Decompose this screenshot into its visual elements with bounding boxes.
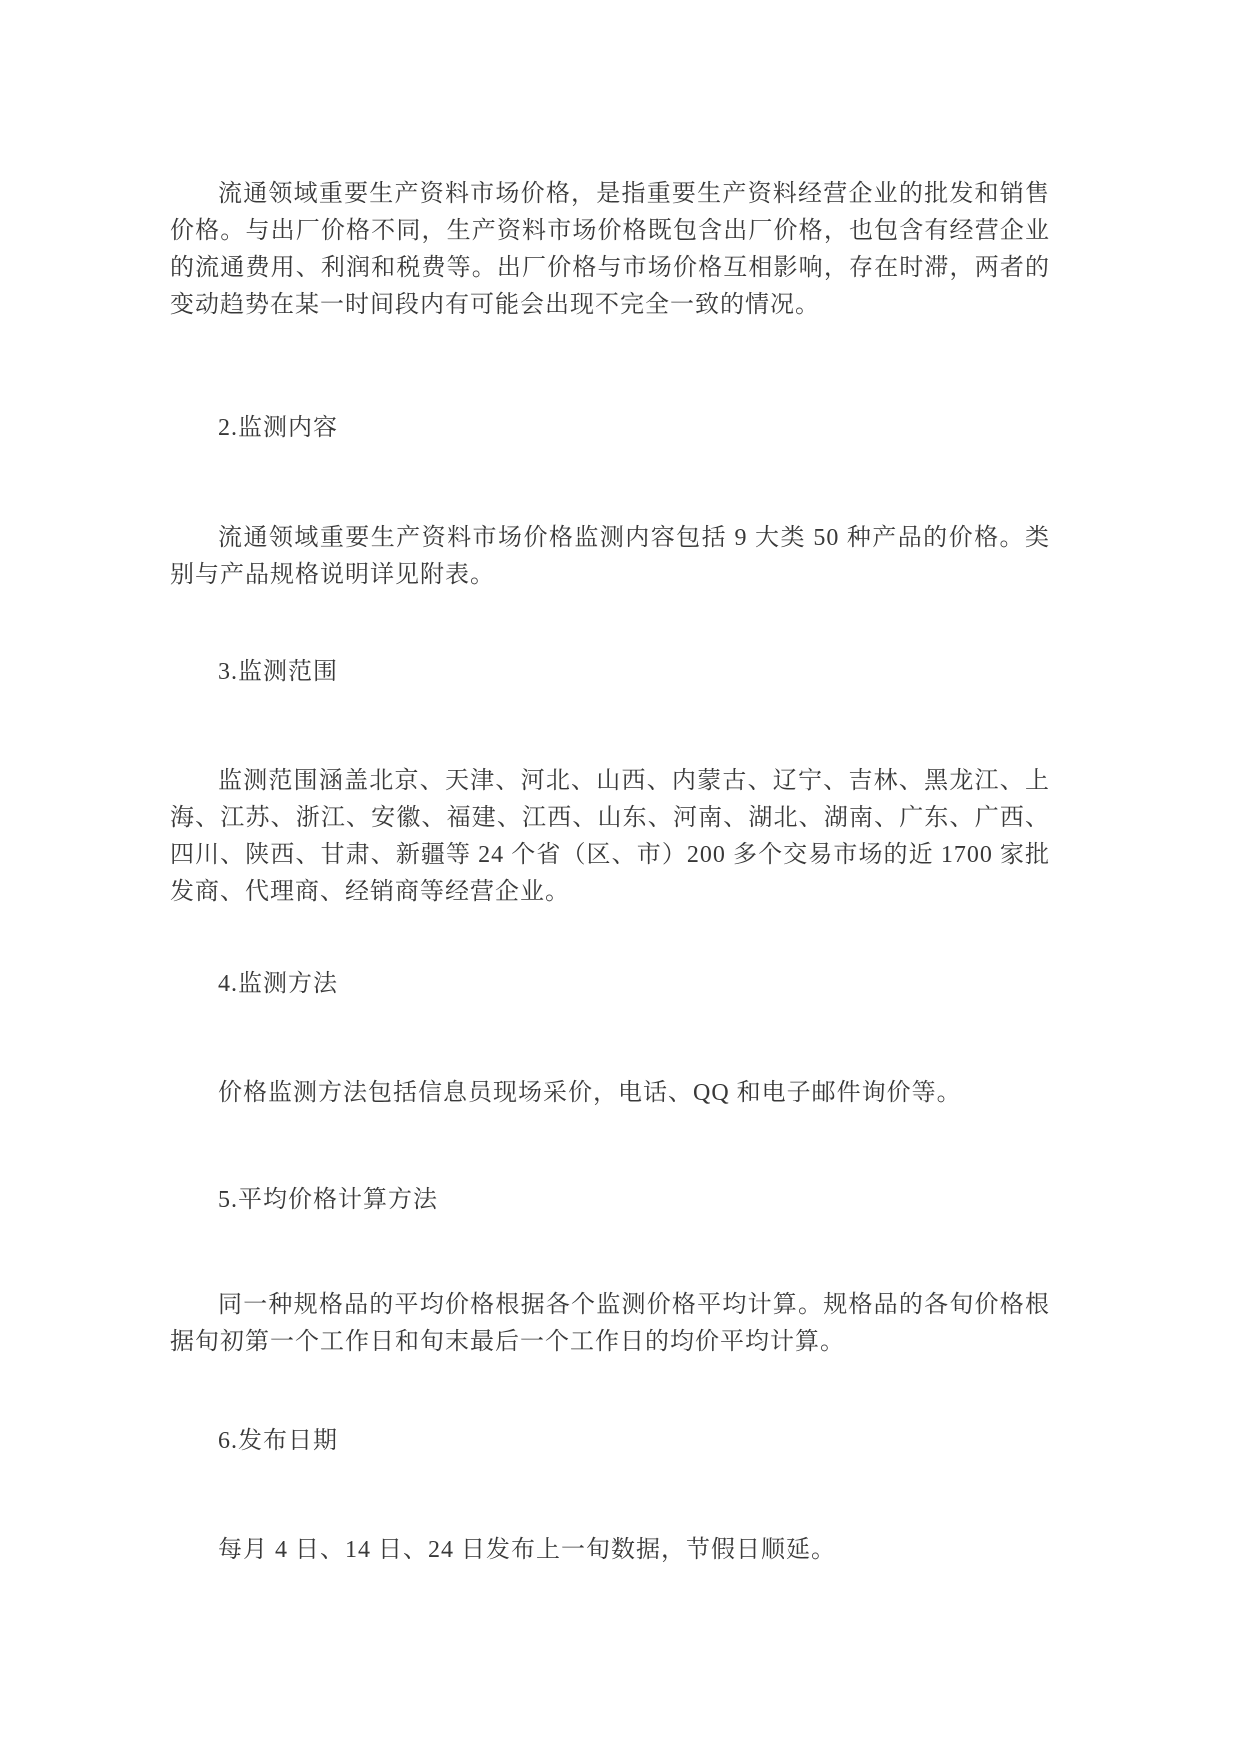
section-heading: 4.监测方法: [170, 966, 1050, 1003]
body-paragraph: 价格监测方法包括信息员现场采价，电话、QQ 和电子邮件询价等。: [170, 1075, 1050, 1112]
document-body: 流通领域重要生产资料市场价格，是指重要生产资料经营企业的批发和销售价格。与出厂价…: [170, 176, 1050, 1569]
document-page: 流通领域重要生产资料市场价格，是指重要生产资料经营企业的批发和销售价格。与出厂价…: [0, 0, 1241, 1754]
section-heading: 5.平均价格计算方法: [170, 1182, 1050, 1219]
section-heading: 6.发布日期: [170, 1423, 1050, 1460]
section-heading: 3.监测范围: [170, 654, 1050, 691]
section-heading: 2.监测内容: [170, 410, 1050, 447]
body-paragraph: 流通领域重要生产资料市场价格监测内容包括 9 大类 50 种产品的价格。类别与产…: [170, 520, 1050, 594]
body-paragraph: 每月 4 日、14 日、24 日发布上一旬数据，节假日顺延。: [170, 1532, 1050, 1569]
body-paragraph: 同一种规格品的平均价格根据各个监测价格平均计算。规格品的各旬价格根据旬初第一个工…: [170, 1287, 1050, 1361]
body-paragraph: 流通领域重要生产资料市场价格，是指重要生产资料经营企业的批发和销售价格。与出厂价…: [170, 176, 1050, 324]
body-paragraph: 监测范围涵盖北京、天津、河北、山西、内蒙古、辽宁、吉林、黑龙江、上海、江苏、浙江…: [170, 763, 1050, 911]
